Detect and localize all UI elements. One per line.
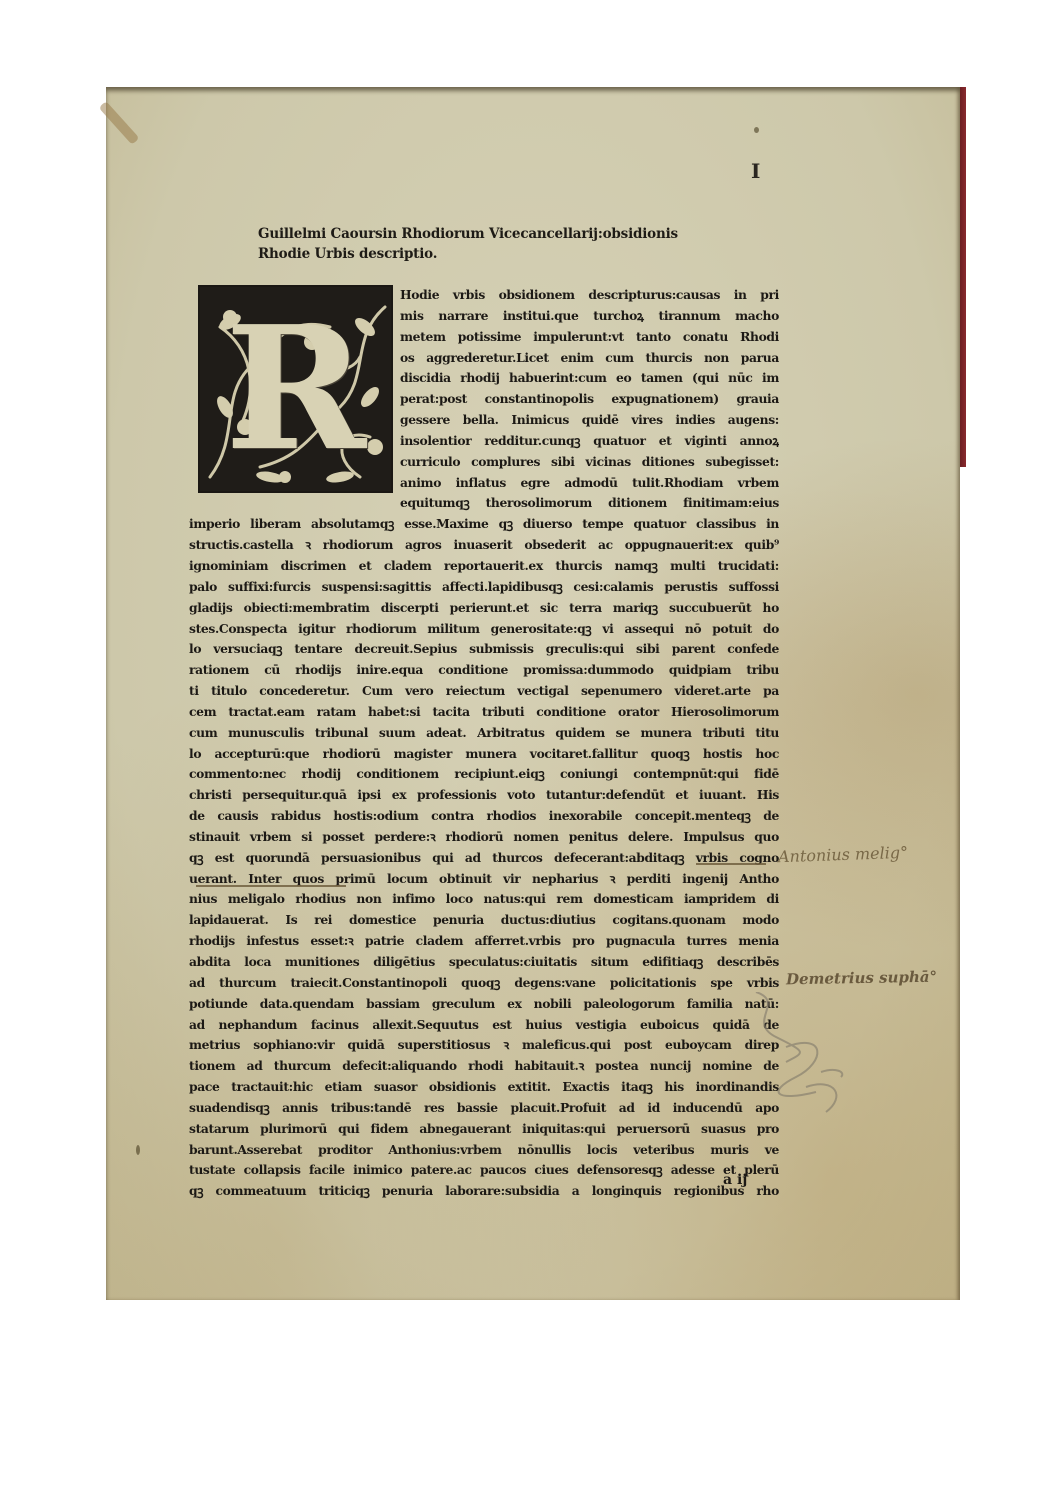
text-line: rhodijs infestus esset:ꝛ patrie cladem a…	[189, 931, 779, 952]
text-line: tionem ad thurcum defecit:aliquando rhod…	[189, 1056, 779, 1077]
marginal-flourish-icon	[746, 992, 866, 1122]
ink-spot	[136, 1145, 140, 1155]
text-line: nius meligalo rhodius non infimo loco na…	[189, 889, 779, 910]
text-line: barunt.Asserebat proditor Anthonius:vrbe…	[189, 1140, 779, 1161]
marginal-note-antonius: Antonius melig°	[778, 843, 909, 867]
text-line: cum munusculis tribunal suum adeat. Arbi…	[189, 723, 779, 744]
text-line: ignominiam discrimen et cladem reportaue…	[189, 556, 779, 577]
initial-letter: R	[225, 304, 366, 474]
text-line: stes.Conspecta igitur rhodiorum militum …	[189, 619, 779, 640]
text-line: equitumqꝫ therosolimorum ditionem finiti…	[189, 493, 779, 514]
handwritten-underline	[196, 885, 346, 887]
text-line: suadendisqꝫ annis tribus:tandē res bassi…	[189, 1098, 779, 1119]
handwritten-underline	[696, 863, 766, 865]
text-line: lapidauerat. Is rei domestice penuria du…	[189, 910, 779, 931]
text-line: abdita loca munitiones diligētius specul…	[189, 952, 779, 973]
binding-edge	[960, 87, 966, 467]
text-line: metrius sophiano:vir quidā superstitiosu…	[189, 1035, 779, 1056]
manuscript-page: I Guillelmi Caoursin Rhodiorum Vicecance…	[106, 87, 960, 1300]
corner-stain	[99, 101, 140, 145]
text-line: gladijs obiecti:membratim discerpti peri…	[189, 598, 779, 619]
text-line: ad nephandum facinus allexit.Sequutus es…	[189, 1015, 779, 1036]
text-line: christi persequitur.quā ipsi ex professi…	[189, 785, 779, 806]
text-line: structis.castella ꝛ rhodiorum agros inua…	[189, 535, 779, 556]
text-line: palo suffixi:furcis suspensi:sagittis af…	[189, 577, 779, 598]
page-heading: Guillelmi Caoursin Rhodiorum Vicecancell…	[258, 224, 778, 264]
text-line: stinauit vrbem si posset perdere:ꝛ rhodi…	[189, 827, 779, 848]
text-line: lo versuciaqꝫ tentare decreuit.Sepius su…	[189, 639, 779, 660]
text-line: cem tractat.eam ratam habet:si tacita tr…	[189, 702, 779, 723]
marginal-note-demetrius: Demetrius suphā°	[786, 968, 937, 989]
text-line: potiunde data.quendam bassiam greculum e…	[189, 994, 779, 1015]
text-line: ti titulo concederetur. Cum vero reiectu…	[189, 681, 779, 702]
decorated-initial: R	[198, 285, 393, 493]
text-line: tustate collapsis facile inimico patere.…	[189, 1160, 779, 1181]
text-line: qꝫ est quorundā persuasionibus qui ad th…	[189, 848, 779, 869]
text-line: pace tractauit:hic etiam suasor obsidion…	[189, 1077, 779, 1098]
folio-number: I	[751, 159, 760, 183]
text-line: imperio liberam absolutamqꝫ esse.Maxime …	[189, 514, 779, 535]
text-line: statarum plurimorū qui fidem abnegaueran…	[189, 1119, 779, 1140]
text-line: commento:nec rhodij conditionem recipiun…	[189, 764, 779, 785]
text-line: de causis rabidus hostis:odium contra rh…	[189, 806, 779, 827]
ink-spot	[754, 127, 759, 133]
heading-line: Guillelmi Caoursin Rhodiorum Vicecancell…	[258, 224, 778, 244]
text-line: qꝫ commeatuum triticiqꝫ penuria laborare…	[189, 1181, 779, 1202]
text-line: lo accepturū:que rhodiorū magister muner…	[189, 744, 779, 765]
heading-line: Rhodie Urbis descriptio.	[258, 244, 778, 264]
signature-mark: a ij	[723, 1172, 747, 1188]
text-line: rationem cū rhodijs inire.equa condition…	[189, 660, 779, 681]
text-line: ad thurcum traiecit.Constantinopoli quoq…	[189, 973, 779, 994]
